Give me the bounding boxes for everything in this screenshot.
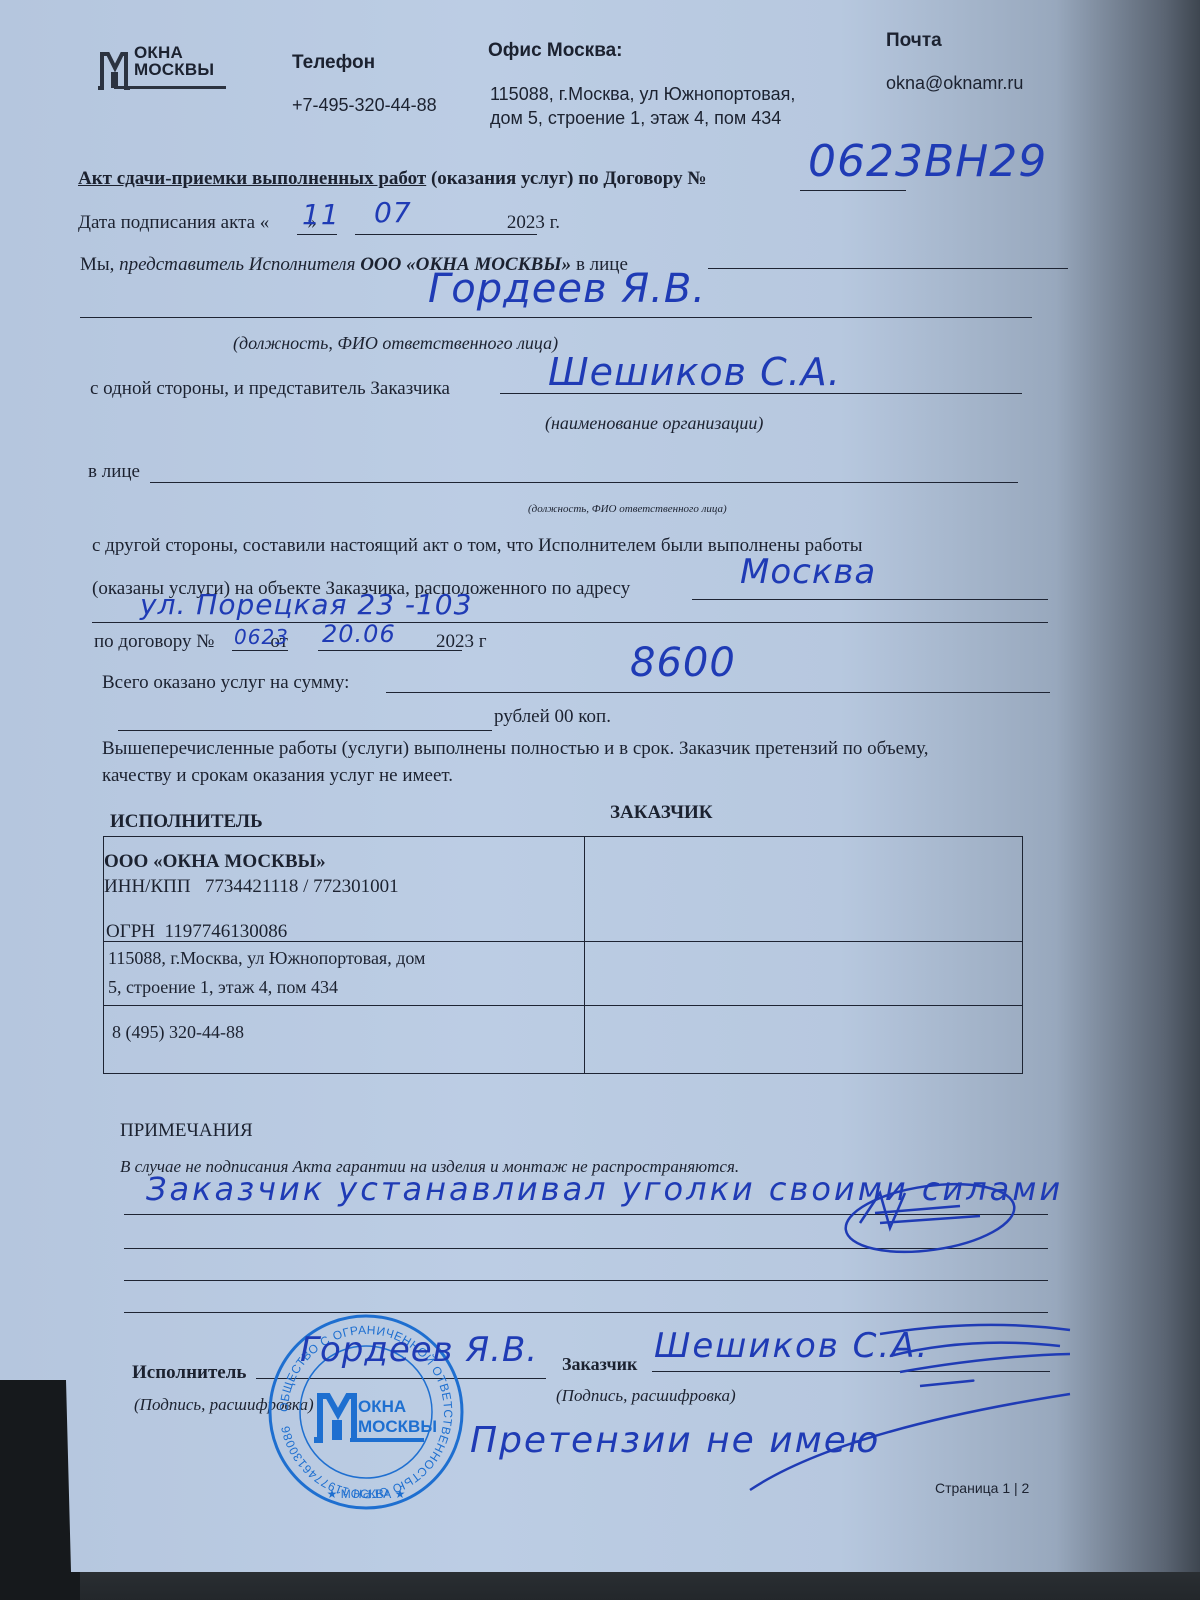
statement-line-1: Вышеперечисленные работы (услуги) выполн… [102, 738, 928, 760]
customer-sign-label: Заказчик [562, 1354, 637, 1375]
amount-rubles-suffix: рублей 00 коп. [494, 706, 611, 728]
req-inn-kpp: ИНН/КПП 7734421118 / 772301001 [104, 874, 399, 900]
inn-kpp-value: 7734421118 / 772301001 [205, 876, 399, 897]
req-address-line-2: 5, строение 1, этаж 4, пом 434 [108, 974, 338, 1000]
amount-value-handwritten: 8600 [630, 640, 736, 686]
mail-value: okna@oknamr.ru [886, 73, 1023, 94]
act-title-rest: (оказания услуг) по Договору № [426, 168, 706, 189]
requisites-table: ООО «ОКНА МОСКВЫ» ИНН/КПП 7734421118 / 7… [103, 836, 1023, 1074]
intro-italic: представитель Исполнителя [119, 254, 360, 275]
company-logo: ОКНА МОСКВЫ [96, 44, 236, 92]
contract-ref-number-handwritten: 0623 [234, 625, 289, 649]
customer-header: ЗАКАЗЧИК [610, 802, 713, 824]
signing-month-handwritten: 07 [374, 196, 412, 229]
req-phone: 8 (495) 320-44-88 [112, 1019, 244, 1045]
act-title-main: Акт сдачи-приемки выполненных работ [78, 168, 426, 189]
req-address-line-1: 115088, г.Москва, ул Южнопортовая, дом [108, 945, 425, 971]
ogrn-value: 1197746130086 [165, 921, 288, 942]
customer-initials-scribble-icon [820, 1168, 1110, 1258]
customer-intro: с одной стороны, и представитель Заказчи… [90, 378, 450, 400]
customer-sign-caption: (Подпись, расшифровка) [556, 1386, 736, 1406]
stamp-logo-line-2: МОСКВЫ [358, 1417, 437, 1436]
req-ogrn: ОГРН 1197746130086 [106, 919, 287, 945]
phone-value: +7-495-320-44-88 [292, 95, 437, 116]
notes-title: ПРИМЕЧАНИЯ [120, 1120, 253, 1142]
okna-moskvy-logo-icon [96, 44, 134, 90]
customer-caption: (наименование организации) [545, 413, 763, 434]
office-address-line-2: дом 5, строение 1, этаж 4, пом 434 [490, 108, 781, 129]
logo-underline [114, 86, 226, 89]
customer-name-handwritten: Шешиков С.А. [548, 350, 841, 394]
contract-ref-label: по договору № [94, 631, 214, 652]
office-label: Офис Москва: [488, 40, 623, 62]
contractor-header: ИСПОЛНИТЕЛЬ [110, 811, 263, 833]
address-city-handwritten: Москва [740, 552, 876, 592]
office-address-line-1: 115088, г.Москва, ул Южнопортовая, [490, 84, 795, 105]
address-street-handwritten: ул. Порецкая 23 -103 [140, 588, 472, 621]
customer-in-person: в лице [88, 461, 140, 483]
stamp-logo-line-1: ОКНА [358, 1397, 406, 1416]
stamp-city: ★ МОСКВА ★ [327, 1487, 406, 1501]
ogrn-label: ОГРН [106, 921, 155, 942]
contractor-sign-label: Исполнитель [132, 1362, 246, 1384]
statement-line-2: качеству и срокам оказания услуг не имее… [102, 765, 453, 787]
customer-rep-caption: (должность, ФИО ответственного лица) [528, 503, 727, 515]
inn-kpp-label: ИНН/КПП [104, 876, 191, 897]
contract-ref-year: 2023 г [436, 631, 487, 652]
contractor-rep-handwritten: Гордеев Я.В. [428, 266, 706, 312]
contractor-sign-handwritten: Гордеев Я.В. [300, 1330, 538, 1370]
contractor-rep-caption: (должность, ФИО ответственного лица) [233, 333, 558, 354]
contract-number-handwritten: 0623ВН29 [808, 136, 1047, 187]
logo-line-2: МОСКВЫ [134, 61, 214, 78]
signing-year: 2023 г. [507, 212, 560, 233]
phone-label: Телефон [292, 52, 375, 74]
mail-label: Почта [886, 30, 942, 52]
logo-line-1: ОКНА [134, 44, 214, 61]
signing-date-label: Дата подписания акта « [78, 212, 269, 233]
customer-signature-scribble-icon [860, 1316, 1080, 1396]
req-company: ООО «ОКНА МОСКВЫ» [104, 849, 326, 875]
signing-day-handwritten: 11 [302, 198, 340, 231]
amount-label: Всего оказано услуг на сумму: [102, 672, 349, 694]
contract-ref-date-handwritten: 20.06 [322, 620, 396, 648]
act-title: Акт сдачи-приемки выполненных работ (ока… [78, 168, 706, 190]
intro-plain: Мы, [80, 254, 119, 275]
page-number: Страница 1 | 2 [935, 1480, 1029, 1496]
